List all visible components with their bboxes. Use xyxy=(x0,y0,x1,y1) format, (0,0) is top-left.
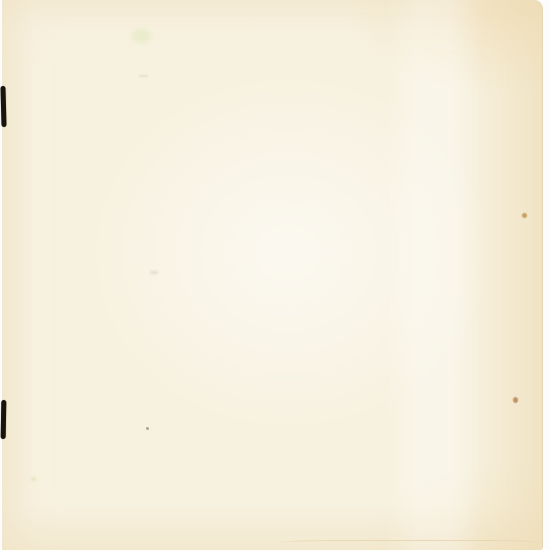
underlying-page-edge xyxy=(280,540,542,545)
staple-top xyxy=(0,86,6,127)
scan-frame xyxy=(0,0,550,550)
green-smudge xyxy=(132,29,151,43)
ink-dot xyxy=(146,427,149,430)
foxing-spot xyxy=(522,213,527,218)
foxing-spot xyxy=(513,397,518,403)
green-fleck xyxy=(31,477,36,481)
booklet-blank-page xyxy=(2,0,543,550)
faint-dash xyxy=(150,271,158,274)
scanner-bed-strip-right xyxy=(543,0,550,550)
staple-bottom xyxy=(1,400,7,439)
faint-dash xyxy=(139,75,148,77)
